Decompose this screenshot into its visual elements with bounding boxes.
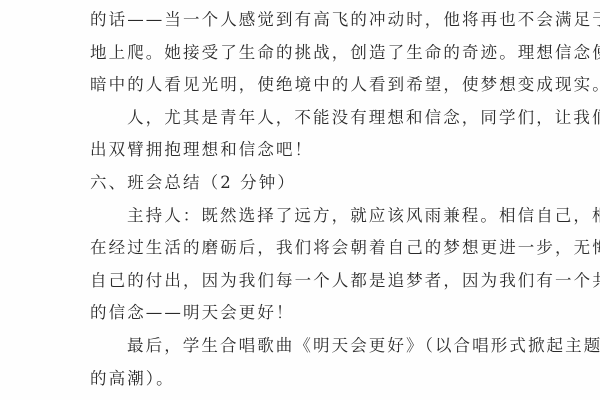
paragraph-line: 暗中的人看见光明，使绝境中的人看到希望，使梦想变成现实。 <box>90 69 504 102</box>
paragraph-line: 的话——当一个人感觉到有高飞的冲动时，他将再也不会满足于在 <box>90 4 504 37</box>
paragraph-line: 在经过生活的磨砺后，我们将会朝着自己的梦想更进一步，无悔于 <box>90 232 504 265</box>
paragraph-line: 最后，学生合唱歌曲《明天会更好》（以合唱形式掀起主题班会 <box>90 330 504 363</box>
paragraph-line: 地上爬。她接受了生命的挑战，创造了生命的奇迹。理想信念使黑 <box>90 37 504 70</box>
paragraph-line: 出双臂拥抱理想和信念吧！ <box>90 134 504 167</box>
paragraph-line: 的高潮）。 <box>90 363 504 396</box>
paragraph-line: 主持人：既然选择了远方，就应该风雨兼程。相信自己，相信 <box>90 200 504 233</box>
section-heading: 六、班会总结（2 分钟） <box>90 167 504 200</box>
paragraph-line: 的信念——明天会更好！ <box>90 297 504 330</box>
document-page: 的话——当一个人感觉到有高飞的冲动时，他将再也不会满足于在 地上爬。她接受了生命… <box>0 0 600 400</box>
paragraph-line: 人，尤其是青年人，不能没有理想和信念，同学们，让我们伸 <box>90 102 504 135</box>
paragraph-line: 自己的付出，因为我们每一个人都是追梦者，因为我们有一个共同 <box>90 265 504 298</box>
document-body: 的话——当一个人感觉到有高飞的冲动时，他将再也不会满足于在 地上爬。她接受了生命… <box>90 4 504 395</box>
